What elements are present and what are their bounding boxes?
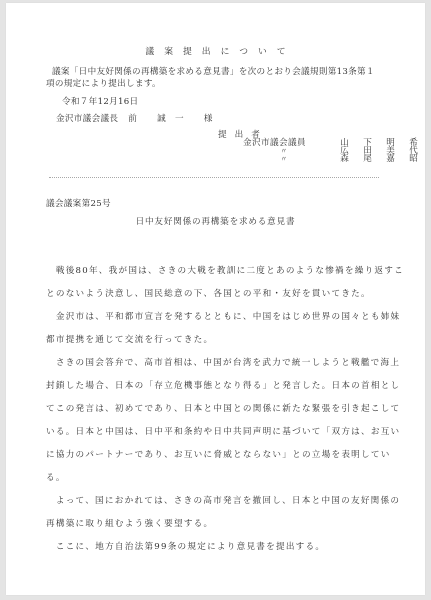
submitter-affiliation-ditto: 〃 [243, 155, 333, 163]
submitters-table: 金沢市議会議員 山 下 明 希 〃 広 田 美 代 〃 森 尾 嘉 昭 [243, 139, 425, 163]
document-page: 議案提出について 議案「日中友好関係の再構築を求める意見書」を次のとおり会議規則… [6, 3, 425, 595]
name-char: 昭 [402, 155, 425, 163]
body-line: よって、国におかれては、さきの高市発言を撤回し、日本と中国の友好関係の [46, 496, 400, 507]
name-char: 嘉 [379, 155, 402, 163]
body-line: 再構築に取り組むよう強く要望する。 [46, 519, 213, 530]
body-line: ここに、地方自治法第99条の規定により意見書を提出する。 [46, 542, 325, 553]
body-line: 封鎖した場合、日本の「存立危機事態となり得る」と発言した。日本の首相とし [46, 381, 400, 392]
name-char: 森 [333, 155, 356, 163]
submitter-row: 〃 広 田 美 代 [243, 147, 425, 155]
submitter-affiliation-ditto: 〃 [243, 147, 333, 155]
submitter-row: 〃 森 尾 嘉 昭 [243, 155, 425, 163]
intro-line-1: 議案「日中友好関係の再構築を求める意見書」を次のとおり会議規則第13条第１ [52, 67, 375, 78]
submitter-affiliation: 金沢市議会議員 [243, 139, 333, 147]
intro-line-2: 項の規定により提出します。 [46, 79, 161, 90]
body-line: てこの発言は、初めてであり、日本と中国との関係に新たな緊張を引き起こして [46, 404, 400, 415]
dotted-separator [49, 177, 379, 178]
body-line: 金沢市は、平和都市宣言を発するとともに、中国をはじめ世界の国々とも姉妹 [46, 312, 400, 323]
body-line: 都市提携を通じて交流を行ってきた。 [46, 335, 213, 346]
body-line: いる。日本と中国は、日中平和条約や日中共同声明に基づいて「双方は、お互い [46, 427, 400, 438]
submission-date: 令和７年12月16日 [62, 97, 138, 108]
addressee-position: 金沢市議会議長 [56, 114, 118, 124]
addressee: 金沢市議会議長前誠 一様 [56, 114, 213, 125]
body-line: る。 [46, 473, 66, 484]
addressee-surname: 前 [128, 114, 137, 124]
bill-title: 日中友好関係の再構築を求める意見書 [6, 217, 425, 228]
body-line: 戦後80年、我が国は、さきの大戦を教訓に二度とあのような惨禍を繰り返すこ [46, 266, 404, 277]
body-line: とのないよう決意し、国民総意の下、各国との平和・友好を貫いてきた。 [46, 289, 371, 300]
body-line: さきの国会答弁で、高市首相は、中国が台湾を武力で統一しようと戦艦で海上 [46, 358, 400, 369]
submitter-row: 金沢市議会議員 山 下 明 希 [243, 139, 425, 147]
name-char: 尾 [356, 155, 379, 163]
addressee-honorific: 様 [204, 114, 213, 124]
addressee-given-name: 誠 一 [157, 114, 184, 124]
cover-title: 議案提出について [6, 47, 425, 58]
body-line: に協力のパートナーであり、お互いに脅威とならない」との立場を表明してい [46, 450, 391, 461]
bill-number: 議会議案第25号 [46, 199, 111, 210]
